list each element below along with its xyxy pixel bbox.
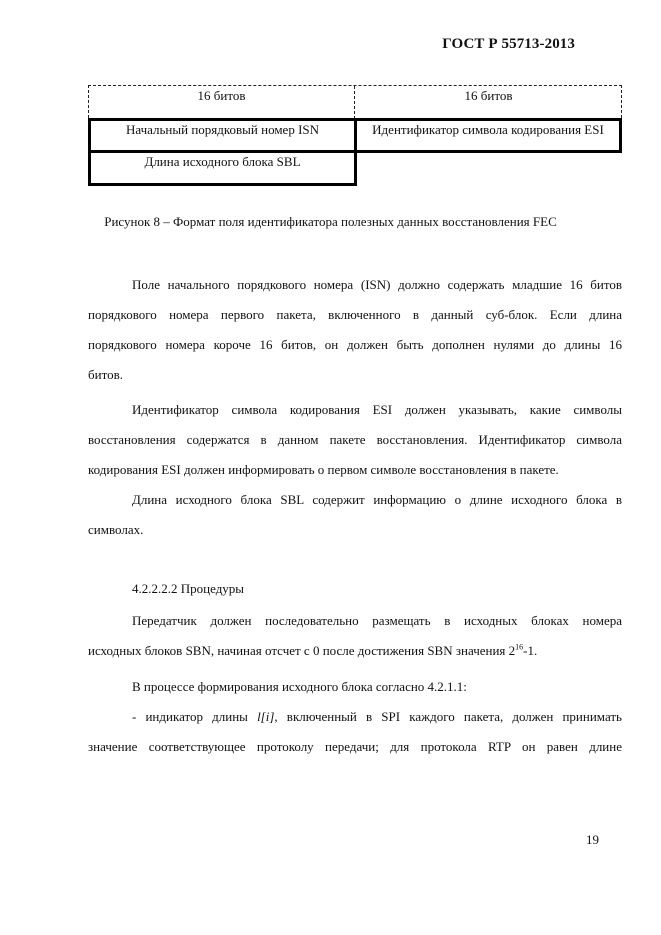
figure-caption: Рисунок 8 – Формат поля идентификатора п… bbox=[0, 214, 661, 230]
text-line: восстановления содержатся в данном пакет… bbox=[88, 425, 622, 455]
bit-width-row: 16 битов 16 битов bbox=[88, 85, 622, 118]
bit-width-label: 16 битов bbox=[355, 86, 622, 119]
paragraph-esi: Идентификатор символа кодирования ESI до… bbox=[88, 395, 622, 485]
field-esi: Идентификатор символа кодирования ESI bbox=[354, 118, 622, 153]
text-line: порядкового номера первого пакета, включ… bbox=[88, 300, 622, 330]
text-line: В процессе формирования исходного блока … bbox=[132, 679, 467, 694]
italic-term: l[i] bbox=[257, 709, 274, 724]
text-line: значение соответствующее протоколу перед… bbox=[88, 732, 622, 762]
text-line: символах. bbox=[88, 515, 622, 545]
text-line: Идентификатор символа кодирования ESI до… bbox=[132, 402, 622, 417]
fec-payload-id-format-figure: 16 битов 16 битов Начальный порядковый н… bbox=[88, 85, 622, 185]
text-line: исходных блоков SBN, начиная отсчет с 0 … bbox=[88, 643, 515, 658]
text-line: Длина исходного блока SBL содержит инфор… bbox=[132, 492, 622, 507]
superscript: 16 bbox=[515, 643, 523, 652]
bit-width-label: 16 битов bbox=[89, 86, 355, 119]
paragraph-source-block: В процессе формирования исходного блока … bbox=[88, 672, 622, 702]
section-heading: 4.2.2.2.2 Процедуры bbox=[88, 574, 622, 604]
text-line: битов. bbox=[88, 360, 622, 390]
text-line: , включенный в SPI каждого пакета, долже… bbox=[274, 709, 622, 724]
paragraph-sbl: Длина исходного блока SBL содержит инфор… bbox=[88, 485, 622, 545]
text-line: -1. bbox=[523, 643, 537, 658]
text-line: порядкового номера короче 16 битов, он д… bbox=[88, 330, 622, 360]
paragraph-sbn: Передатчик должен последовательно размещ… bbox=[88, 606, 622, 666]
paragraph-isn: Поле начального порядкового номера (ISN)… bbox=[88, 270, 622, 390]
text-line: Передатчик должен последовательно размещ… bbox=[132, 613, 622, 628]
paragraph-length-indicator: - индикатор длины l[i], включенный в SPI… bbox=[88, 702, 622, 762]
text-line: Поле начального порядкового номера (ISN)… bbox=[132, 277, 622, 292]
field-sbl: Длина исходного блока SBL bbox=[88, 150, 357, 186]
text-line: кодирования ESI должен информировать о п… bbox=[88, 455, 622, 485]
text-line: - индикатор длины bbox=[132, 709, 257, 724]
standard-code-header: ГОСТ Р 55713-2013 bbox=[442, 36, 575, 53]
field-isn: Начальный порядковый номер ISN bbox=[88, 118, 357, 153]
page-number: 19 bbox=[586, 832, 599, 848]
section-heading-text: 4.2.2.2.2 Процедуры bbox=[132, 581, 244, 596]
